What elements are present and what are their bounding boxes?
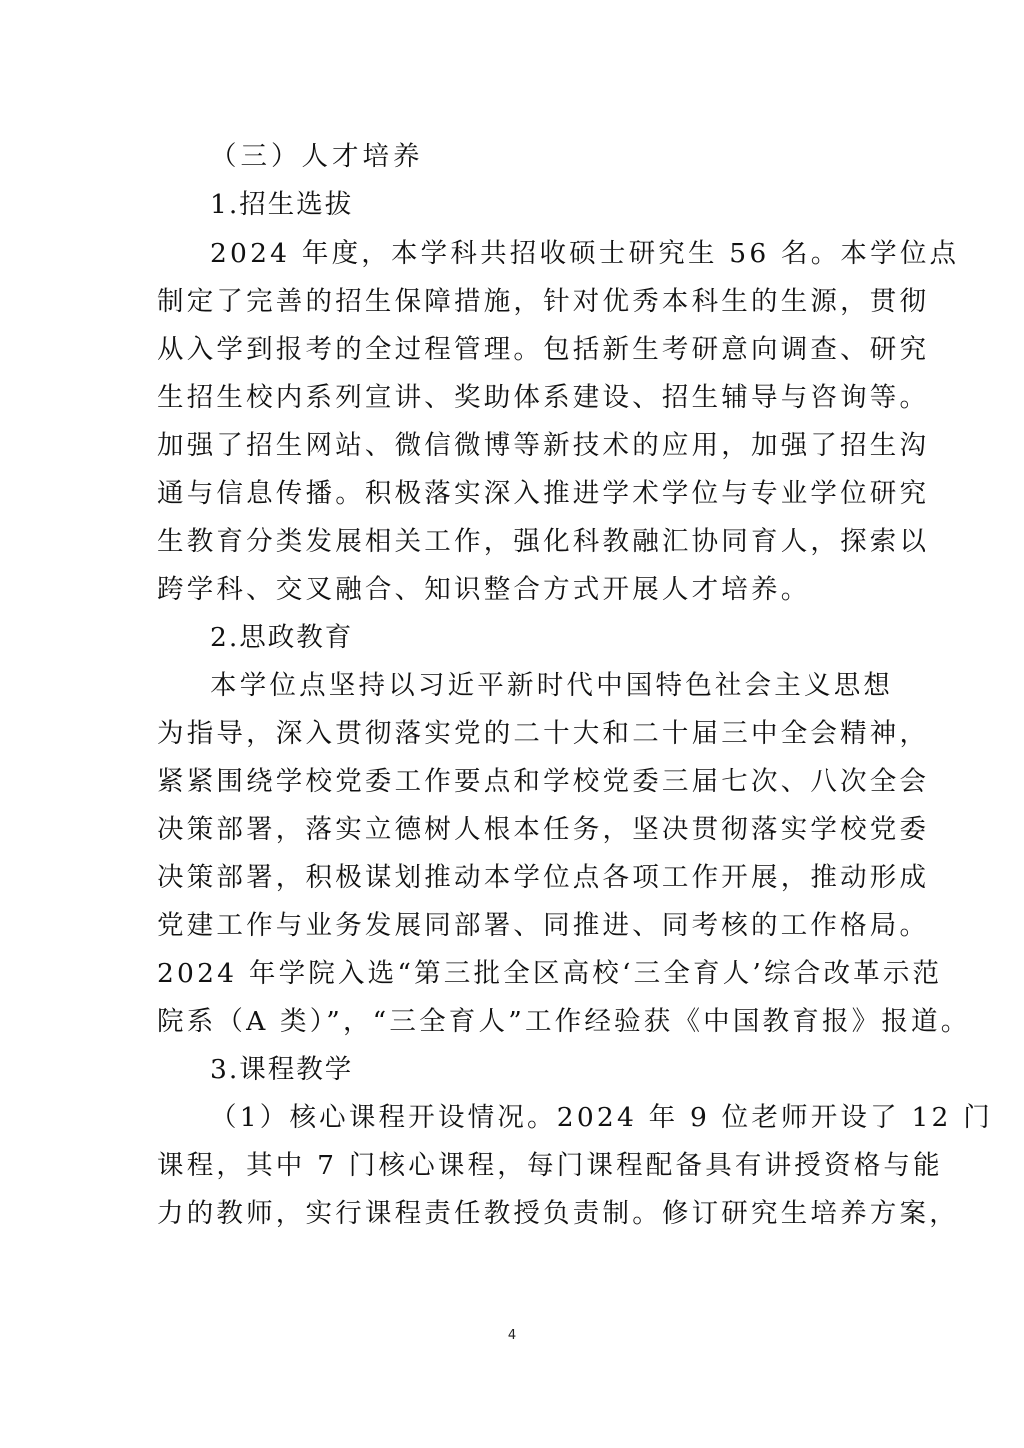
paragraph-line: 通与信息传播。积极落实深入推进学术学位与专业学位研究 bbox=[157, 474, 869, 514]
paragraph-line: 跨学科、交叉融合、知识整合方式开展人才培养。 bbox=[157, 570, 869, 610]
paragraph-line: 从入学到报考的全过程管理。包括新生考研意向调查、研究 bbox=[157, 330, 869, 370]
paragraph-line: 制定了完善的招生保障措施，针对优秀本科生的生源，贯彻 bbox=[157, 282, 869, 322]
subsection-heading-course-teaching: 3.课程教学 bbox=[210, 1050, 510, 1090]
paragraph-line: 2024 年学院入选“第三批全区高校‘三全育人’综合改革示范 bbox=[157, 954, 869, 994]
section-heading: （三）人才培养 bbox=[210, 137, 510, 177]
document-page: （三）人才培养 1.招生选拔 2024 年度，本学科共招收硕士研究生 56 名。… bbox=[0, 0, 1024, 1448]
paragraph-line: 生教育分类发展相关工作，强化科教融汇协同育人，探索以 bbox=[157, 522, 869, 562]
paragraph-line: 课程，其中 7 门核心课程，每门课程配备具有讲授资格与能 bbox=[157, 1146, 869, 1186]
paragraph-line: 生招生校内系列宣讲、奖助体系建设、招生辅导与咨询等。 bbox=[157, 378, 869, 418]
paragraph-line: 党建工作与业务发展同部署、同推进、同考核的工作格局。 bbox=[157, 906, 869, 946]
subsection-heading-admissions: 1.招生选拔 bbox=[210, 185, 510, 225]
paragraph-line: 紧紧围绕学校党委工作要点和学校党委三届七次、八次全会 bbox=[157, 762, 869, 802]
paragraph-line: （1）核心课程开设情况。2024 年 9 位老师开设了 12 门 bbox=[210, 1098, 869, 1138]
paragraph-line: 为指导，深入贯彻落实党的二十大和二十届三中全会精神， bbox=[157, 714, 869, 754]
subsection-heading-ideological-education: 2.思政教育 bbox=[210, 618, 510, 658]
paragraph-line: 决策部署，落实立德树人根本任务，坚决贯彻落实学校党委 bbox=[157, 810, 869, 850]
paragraph-line: 加强了招生网站、微信微博等新技术的应用，加强了招生沟 bbox=[157, 426, 869, 466]
paragraph-line: 决策部署，积极谋划推动本学位点各项工作开展，推动形成 bbox=[157, 858, 869, 898]
paragraph-line: 力的教师，实行课程责任教授负责制。修订研究生培养方案， bbox=[157, 1194, 869, 1234]
page-number: 4 bbox=[0, 1328, 1024, 1343]
paragraph-line: 院系（A 类）”，“三全育人”工作经验获《中国教育报》报道。 bbox=[157, 1002, 869, 1042]
paragraph-line: 2024 年度，本学科共招收硕士研究生 56 名。本学位点 bbox=[210, 234, 869, 274]
paragraph-line: 本学位点坚持以习近平新时代中国特色社会主义思想 bbox=[210, 666, 869, 706]
